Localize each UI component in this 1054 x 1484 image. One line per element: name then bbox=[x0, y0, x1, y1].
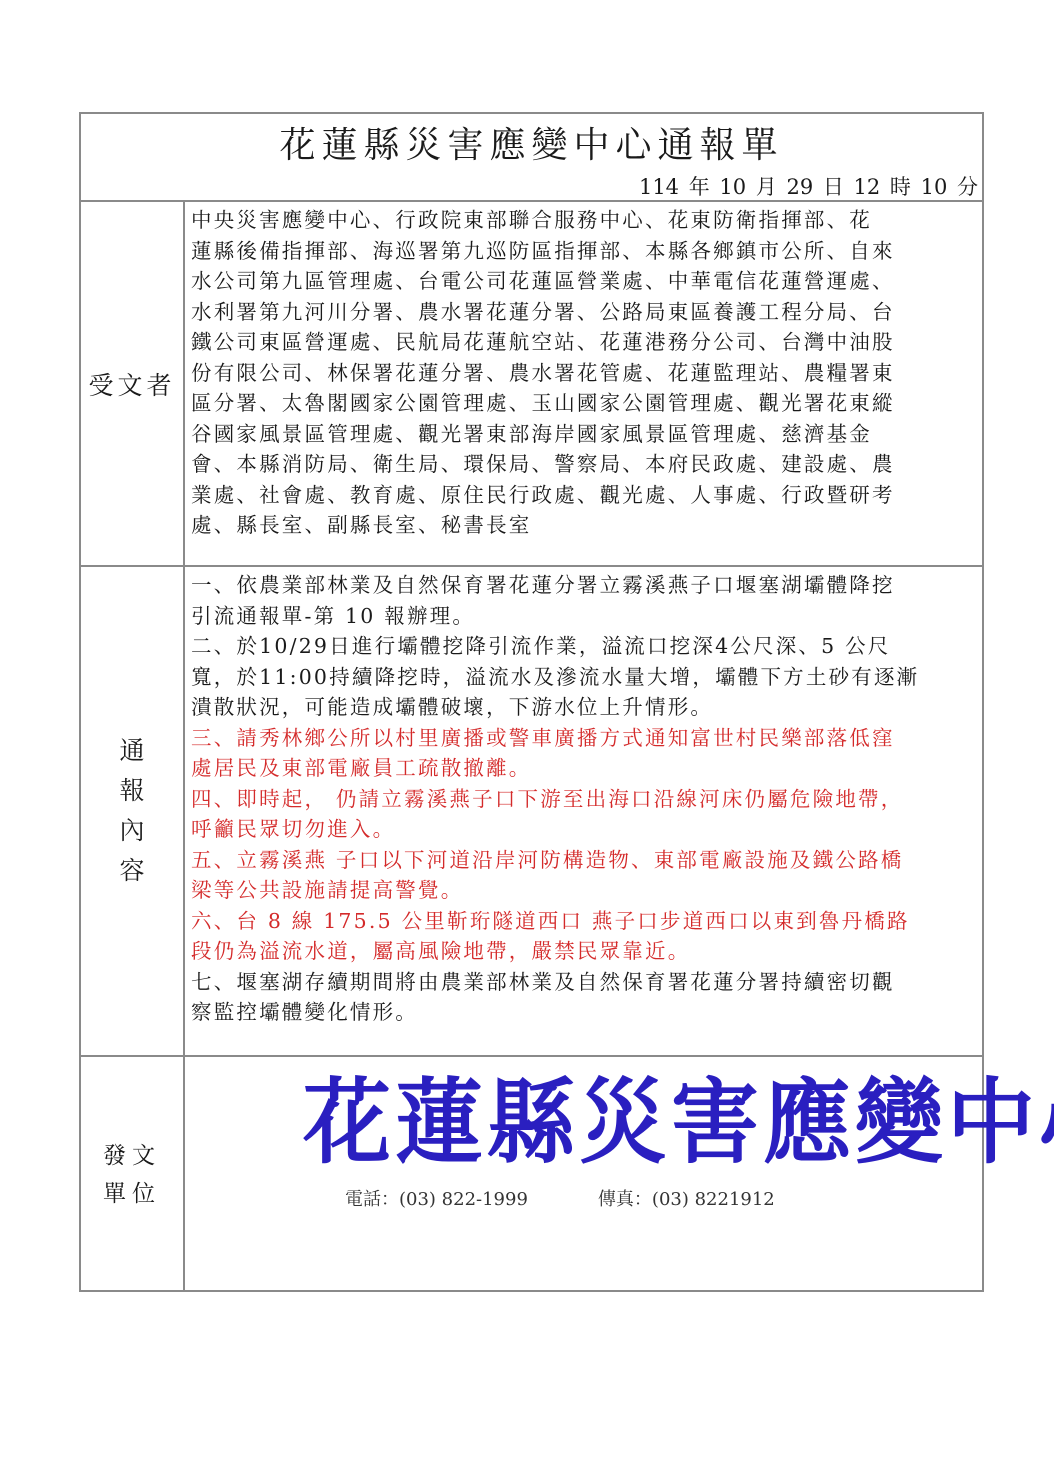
page-title: 花蓮縣災害應變中心通報單 bbox=[81, 122, 982, 170]
phone-number: 電話：(03) 822-1999 bbox=[345, 1189, 528, 1210]
content-line: 一、依農業部林業及自然保育署花蓮分署立霧溪燕子口堰塞湖壩體降挖 bbox=[191, 570, 976, 601]
recipients-line: 份有限公司、林保署花蓮分署、農水署花管處、花蓮監理站、農糧署東 bbox=[191, 358, 976, 389]
recipients-line: 蓮縣後備指揮部、海巡署第九巡防區指揮部、本縣各鄉鎮市公所、自來 bbox=[191, 236, 976, 267]
content-line: 梁等公共設施請提高警覺。 bbox=[191, 875, 976, 906]
fax-number: 傳真：(03) 8221912 bbox=[598, 1189, 775, 1210]
recipients-line: 區分署、太魯閣國家公園管理處、玉山國家公園管理處、觀光署花東縱 bbox=[191, 388, 976, 419]
recipients-line: 處、縣長室、副縣長室、秘書長室 bbox=[191, 510, 976, 541]
recipients-line: 中央災害應變中心、行政院東部聯合服務中心、花東防衛指揮部、花 bbox=[191, 205, 976, 236]
recipients-line: 業處、社會處、教育處、原住民行政處、觀光處、人事處、行政暨研考 bbox=[191, 480, 976, 511]
content-line: 三、請秀林鄉公所以村里廣播或警車廣播方式通知富世村民樂部落低窪 bbox=[191, 723, 976, 754]
issuer-body: 花蓮縣災害應變中心 電話：(03) 822-1999傳真：(03) 822191… bbox=[185, 1057, 982, 1292]
content-item-2: 二、於10/29日進行壩體挖降引流作業，溢流口挖深4公尺深、5 公尺 寬，於11… bbox=[191, 631, 976, 723]
content-line: 處居民及東部電廠員工疏散撤離。 bbox=[191, 753, 976, 784]
content-item-1: 一、依農業部林業及自然保育署花蓮分署立霧溪燕子口堰塞湖壩體降挖 引流通報單-第 … bbox=[191, 570, 976, 631]
content-item-3: 三、請秀林鄉公所以村里廣播或警車廣播方式通知富世村民樂部落低窪 處居民及東部電廠… bbox=[191, 723, 976, 784]
content-line: 四、即時起， 仍請立霧溪燕子口下游至出海口沿線河床仍屬危險地帶， bbox=[191, 784, 976, 815]
content-label: 通報內容 bbox=[117, 731, 147, 891]
content-line: 呼籲民眾切勿進入。 bbox=[191, 814, 976, 845]
recipients-row: 受文者 中央災害應變中心、行政院東部聯合服務中心、花東防衛指揮部、花 蓮縣後備指… bbox=[81, 202, 982, 567]
notification-form: 花蓮縣災害應變中心通報單 114 年 10 月 29 日 12 時 10 分 受… bbox=[79, 112, 984, 1292]
recipients-line: 會、本縣消防局、衛生局、環保局、警察局、本府民政處、建設處、農 bbox=[191, 449, 976, 480]
content-line: 潰散狀況，可能造成壩體破壞，下游水位上升情形。 bbox=[191, 692, 976, 723]
recipients-line: 鐵公司東區營運處、民航局花蓮航空站、花蓮港務分公司、台灣中油股 bbox=[191, 327, 976, 358]
content-line: 五、立霧溪燕 子口以下河道沿岸河防構造物、東部電廠設施及鐵公路橋 bbox=[191, 845, 976, 876]
content-item-7: 七、堰塞湖存續期間將由農業部林業及自然保育署花蓮分署持續密切觀 察監控壩體變化情… bbox=[191, 967, 976, 1028]
issuer-label-cell: 發文單位 bbox=[81, 1057, 185, 1292]
content-items: 一、依農業部林業及自然保育署花蓮分署立霧溪燕子口堰塞湖壩體降挖 引流通報單-第 … bbox=[185, 567, 982, 1055]
content-row: 通報內容 一、依農業部林業及自然保育署花蓮分署立霧溪燕子口堰塞湖壩體降挖 引流通… bbox=[81, 567, 982, 1057]
content-label-cell: 通報內容 bbox=[81, 567, 185, 1055]
content-line: 段仍為溢流水道，屬高風險地帶，嚴禁民眾靠近。 bbox=[191, 936, 976, 967]
recipients-line: 水公司第九區管理處、台電公司花蓮區營業處、中華電信花蓮營運處、 bbox=[191, 266, 976, 297]
content-line: 寬，於11:00持續降挖時，溢流水及滲流水量大增，壩體下方土砂有逐漸 bbox=[191, 662, 976, 693]
recipients-line: 水利署第九河川分署、農水署花蓮分署、公路局東區養護工程分局、台 bbox=[191, 297, 976, 328]
contact-info: 電話：(03) 822-1999傳真：(03) 8221912 bbox=[345, 1185, 775, 1211]
recipients-line: 谷國家風景區管理處、觀光署東部海岸國家風景區管理處、慈濟基金 bbox=[191, 419, 976, 450]
issue-datetime: 114 年 10 月 29 日 12 時 10 分 bbox=[639, 174, 978, 200]
content-item-4: 四、即時起， 仍請立霧溪燕子口下游至出海口沿線河床仍屬危險地帶， 呼籲民眾切勿進… bbox=[191, 784, 976, 845]
recipients-label: 受文者 bbox=[81, 202, 185, 565]
form-header: 花蓮縣災害應變中心通報單 114 年 10 月 29 日 12 時 10 分 bbox=[81, 114, 982, 202]
content-line: 七、堰塞湖存續期間將由農業部林業及自然保育署花蓮分署持續密切觀 bbox=[191, 967, 976, 998]
issuer-row: 發文單位 花蓮縣災害應變中心 電話：(03) 822-1999傳真：(03) 8… bbox=[81, 1057, 982, 1292]
content-item-6: 六、台 8 線 175.5 公里靳珩隧道西口 燕子口步道西口以東到魯丹橋路 段仍… bbox=[191, 906, 976, 967]
content-item-5: 五、立霧溪燕 子口以下河道沿岸河防構造物、東部電廠設施及鐵公路橋 梁等公共設施請… bbox=[191, 845, 976, 906]
content-line: 引流通報單-第 10 報辦理。 bbox=[191, 601, 976, 632]
content-line: 察監控壩體變化情形。 bbox=[191, 997, 976, 1028]
recipients-list: 中央災害應變中心、行政院東部聯合服務中心、花東防衛指揮部、花 蓮縣後備指揮部、海… bbox=[185, 202, 982, 565]
content-line: 六、台 8 線 175.5 公里靳珩隧道西口 燕子口步道西口以東到魯丹橋路 bbox=[191, 906, 976, 937]
content-line: 二、於10/29日進行壩體挖降引流作業，溢流口挖深4公尺深、5 公尺 bbox=[191, 631, 976, 662]
issuer-stamp: 花蓮縣災害應變中心 bbox=[303, 1064, 1054, 1180]
issuer-label: 發文單位 bbox=[97, 1137, 167, 1213]
